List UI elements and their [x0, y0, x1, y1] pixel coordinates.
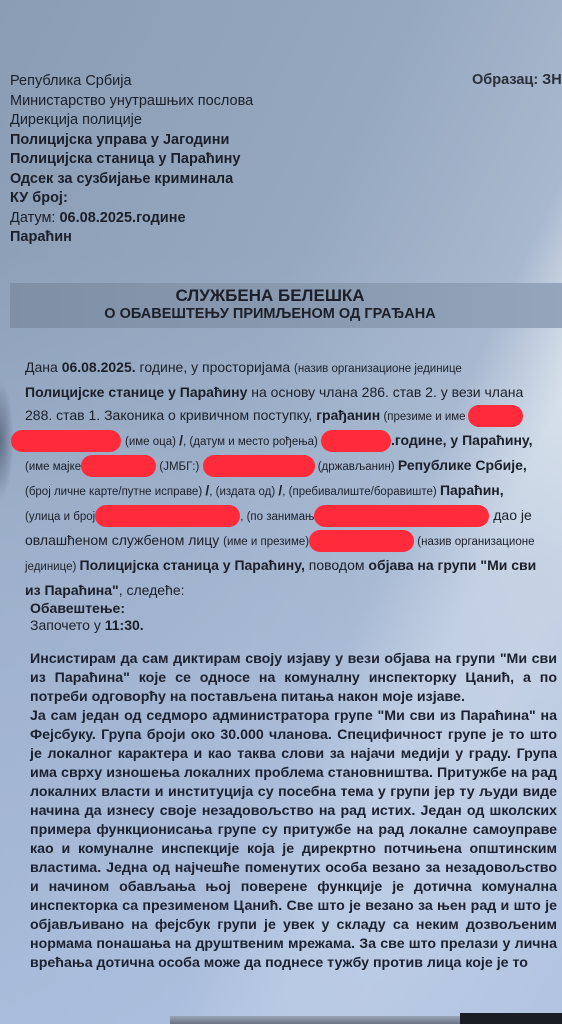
redaction-jmbg [203, 455, 315, 477]
date-line: Датум: 06.08.2025.године [10, 209, 253, 229]
form-line: овлашћеном службеном лицу (име и презиме… [25, 529, 557, 554]
form-line: (име оца) /, (датум и место рођења) .год… [11, 429, 557, 454]
form-line: 288. став 1. Законика о кривичном поступ… [25, 404, 557, 429]
start-label: Започето у [30, 617, 105, 633]
statement-paragraph: Ја сам један од седморо администратора г… [30, 707, 557, 973]
redaction-address [95, 505, 240, 527]
field-label: (назив организационе [414, 536, 534, 548]
document-title: СЛУЖБЕНА БЕЛЕШКА [10, 286, 530, 306]
form-line: Дана 06.08.2025. године, у просторијама … [25, 356, 557, 381]
field-label: (име мајке [25, 461, 81, 473]
field-label: (назив организационе јединице [294, 363, 462, 375]
form-date: 06.08.2025. [62, 359, 136, 375]
field-label: (улица и број [25, 511, 95, 523]
form-line: јединице) Полицијска станица у Параћину,… [25, 554, 557, 579]
table-shadow [460, 1013, 562, 1024]
text: , следеће: [119, 582, 185, 598]
text: године, у просторијама [136, 359, 294, 375]
notice-block: Обавештење: Започето у 11:30. [30, 600, 144, 634]
redaction-officer [309, 530, 414, 552]
place: Параћин [10, 228, 253, 248]
letterhead-line: Министарство унутрашњих послова [10, 92, 253, 112]
field-label: јединице) [25, 561, 80, 573]
form-line: (улица и број, (по занимањ дао је [25, 504, 557, 529]
statement-paragraph: Инсистирам да сам диктирам своју изјаву … [30, 650, 557, 707]
date-label: Датум: [10, 210, 59, 226]
field-label: , (издата од) [209, 486, 278, 498]
text: дао је [489, 507, 531, 523]
text: Дана [25, 359, 62, 375]
letterhead: Република Србија Министарство унутрашњих… [10, 72, 253, 248]
field-label: (име оца) [125, 436, 179, 448]
document-subtitle: О ОБАВЕШТЕЊУ ПРИМЉЕНОМ ОД ГРАЂАНА [10, 306, 530, 322]
text: Параћин, [440, 482, 504, 498]
redaction-birth [321, 430, 391, 452]
letterhead-line: Полицијска станица у Параћину [10, 150, 253, 170]
text: поводом [305, 557, 369, 573]
form-line: из Параћина", следеће: [25, 579, 557, 602]
text: Републике Србије, [398, 457, 527, 473]
title-band: СЛУЖБЕНА БЕЛЕШКА О ОБАВЕШТЕЊУ ПРИМЉЕНОМ … [10, 283, 562, 328]
text: на основу члана 286. став 2. у вези члан… [247, 384, 523, 400]
date-value: 06.08.2025.године [59, 210, 185, 226]
form-code: Образац: ЗН [472, 72, 562, 88]
start-time-line: Започето у 11:30. [30, 617, 144, 634]
citizen-form: Дана 06.08.2025. године, у просторијама … [25, 356, 557, 602]
text: објава на групи "Ми сви [368, 557, 536, 573]
redaction-father-name [11, 430, 121, 452]
start-time: 11:30. [105, 617, 144, 633]
field-label: (држављанин) [315, 461, 398, 473]
letterhead-line: Република Србија [10, 72, 253, 92]
text: Полицијске станице у Параћину [25, 384, 247, 400]
field-label: (број личне карте/путне исправе) [25, 486, 205, 498]
case-number-label: КУ број: [10, 189, 253, 209]
text: овлашћеном службеном лицу [25, 532, 223, 548]
letterhead-line: Дирекција полиције [10, 111, 253, 131]
field-label: (ЈМБГ:) [156, 461, 202, 473]
redaction-occupation [314, 505, 489, 527]
letterhead-line: Одсек за сузбијање криминала [10, 170, 253, 190]
text: .године, у Параћину, [391, 432, 533, 448]
statement-text: Инсистирам да сам диктирам своју изјаву … [30, 650, 557, 973]
form-line: (име мајке (ЈМБГ:) (држављанин) Републик… [25, 454, 557, 479]
field-label: , (датум и место рођења) [183, 436, 321, 448]
text: грађанин [316, 407, 380, 423]
field-label: , (пребивалиште/боравиште) [282, 486, 440, 498]
redaction-mother-name [81, 455, 156, 477]
field-label: (име и презиме) [223, 536, 309, 548]
form-line: Полицијске станице у Параћину на основу … [25, 381, 557, 404]
text: Полицијска станица у Параћину, [80, 557, 305, 573]
text: 288. став 1. Законика о кривичном поступ… [25, 407, 316, 423]
text: из Параћина" [25, 582, 119, 598]
field-label: (презиме и име [380, 411, 465, 423]
table-edge [170, 1016, 470, 1024]
redaction-name [468, 405, 523, 427]
form-line: (број личне карте/путне исправе) /, (изд… [25, 479, 557, 504]
notice-label: Обавештење: [30, 600, 144, 617]
letterhead-line: Полицијска управа у Јагодини [10, 131, 253, 151]
field-label: , (по занимањ [240, 511, 314, 523]
